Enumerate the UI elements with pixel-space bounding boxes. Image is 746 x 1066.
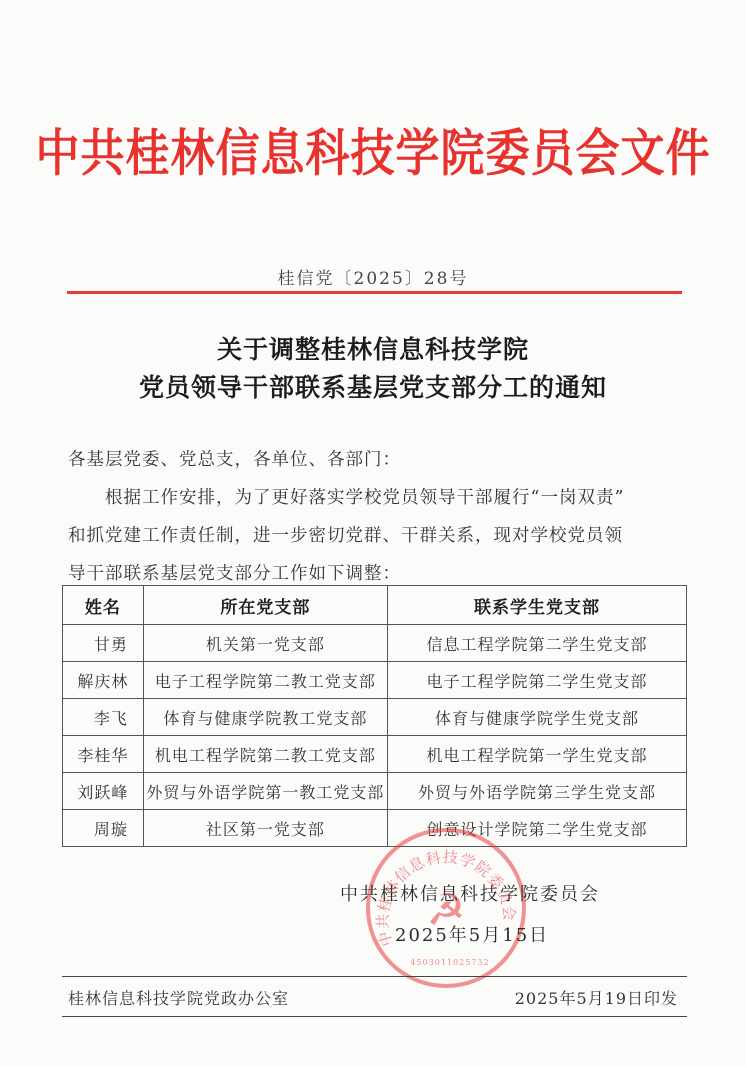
cell-name: 解庆林 [63, 662, 144, 699]
cell-branch: 社区第一党支部 [143, 810, 387, 847]
cell-name: 李桂华 [63, 736, 144, 773]
cell-name: 李飞 [63, 699, 144, 736]
cell-name: 刘跃峰 [63, 773, 144, 810]
table-row: 刘跃峰 外贸与外语学院第一教工党支部 外贸与外语学院第三学生党支部 [63, 773, 687, 810]
cell-contact: 机电工程学院第一学生党支部 [388, 736, 687, 773]
notice-title-line-1: 关于调整桂林信息科技学院 [0, 330, 746, 366]
cell-contact: 电子工程学院第二学生党支部 [388, 662, 687, 699]
cell-name: 周璇 [63, 810, 144, 847]
cell-branch: 体育与健康学院教工党支部 [143, 699, 387, 736]
document-header-title: 中共桂林信息科技学院委员会文件 [0, 112, 746, 186]
footer-issue-date: 2025年5月19日印发 [515, 986, 678, 1009]
cell-branch: 外贸与外语学院第一教工党支部 [143, 773, 387, 810]
salutation: 各基层党委、党总支，各单位、各部门： [68, 446, 401, 471]
table-row: 李桂华 机电工程学院第二教工党支部 机电工程学院第一学生党支部 [63, 736, 687, 773]
header-red-rule [67, 291, 682, 294]
cell-branch: 机关第一党支部 [143, 625, 387, 662]
cell-contact: 体育与健康学院学生党支部 [388, 699, 687, 736]
column-header-branch: 所在党支部 [143, 586, 387, 625]
seal-code: 4503011025732 [395, 958, 505, 967]
assignment-table: 姓名 所在党支部 联系学生党支部 甘勇 机关第一党支部 信息工程学院第二学生党支… [62, 585, 687, 847]
cell-contact: 信息工程学院第二学生党支部 [388, 625, 687, 662]
body-paragraph-line: 根据工作安排，为了更好落实学校党员领导干部履行“一岗双责” [68, 484, 624, 509]
body-paragraph-line: 和抓党建工作责任制，进一步密切党群、干群关系，现对学校党员领 [68, 522, 623, 547]
signature-org: 中共桂林信息科技学院委员会 [340, 880, 600, 906]
footer-issuer: 桂林信息科技学院党政办公室 [68, 986, 289, 1009]
table-row: 甘勇 机关第一党支部 信息工程学院第二学生党支部 [63, 625, 687, 662]
document-number: 桂信党〔2025〕28号 [0, 264, 746, 289]
footer-top-rule [62, 976, 687, 977]
table-row: 解庆林 电子工程学院第二教工党支部 电子工程学院第二学生党支部 [63, 662, 687, 699]
signature-date: 2025年5月15日 [395, 921, 549, 947]
table-row: 李飞 体育与健康学院教工党支部 体育与健康学院学生党支部 [63, 699, 687, 736]
notice-title-line-2: 党员领导干部联系基层党支部分工的通知 [0, 368, 746, 404]
cell-contact: 外贸与外语学院第三学生党支部 [388, 773, 687, 810]
cell-name: 甘勇 [63, 625, 144, 662]
body-paragraph-line: 导干部联系基层党支部分工作如下调整： [68, 560, 401, 585]
column-header-contact: 联系学生党支部 [388, 586, 687, 625]
cell-branch: 电子工程学院第二教工党支部 [143, 662, 387, 699]
table-header-row: 姓名 所在党支部 联系学生党支部 [63, 586, 687, 625]
cell-branch: 机电工程学院第二教工党支部 [143, 736, 387, 773]
footer-bottom-rule [62, 1016, 687, 1017]
column-header-name: 姓名 [63, 586, 144, 625]
